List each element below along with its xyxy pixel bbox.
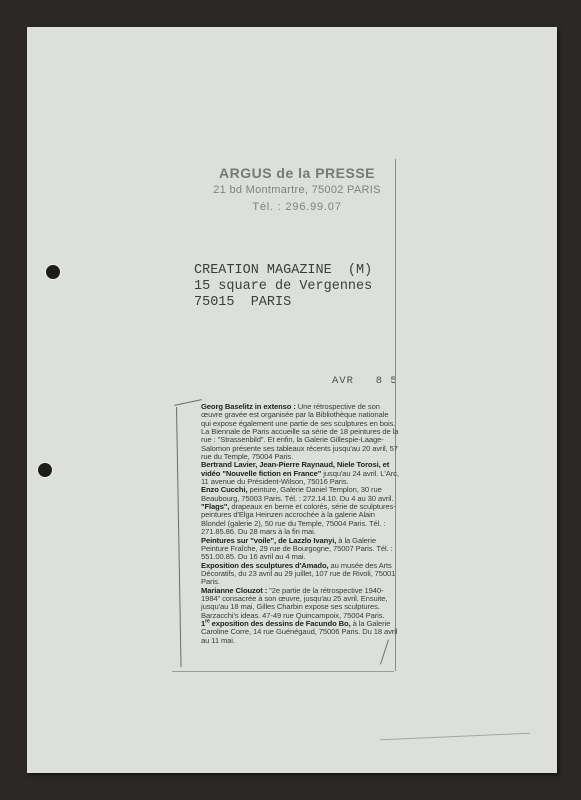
press-agency-stamp: ARGUS de la PRESSE 21 bd Montmartre, 750… xyxy=(197,165,397,213)
stamp-phone: Tél. : 296.99.07 xyxy=(197,201,397,213)
entry-title-superscript: re xyxy=(205,618,210,624)
clipping-corner-mark xyxy=(174,399,202,406)
article-entry: Bertrand Lavier, Jean-Pierre Raynaud, Ni… xyxy=(201,461,399,486)
article-entry: Marianne Clouzot : "2e partie de la rétr… xyxy=(201,587,399,620)
article-entry: 1re exposition des dessins de Facundo Bo… xyxy=(201,620,399,645)
punch-hole-top xyxy=(46,265,60,279)
article-entry: Exposition des sculptures d'Amado, au mu… xyxy=(201,562,399,587)
archive-sheet: ARGUS de la PRESSE 21 bd Montmartre, 750… xyxy=(27,27,557,773)
publication-city: 75015 PARIS xyxy=(194,295,372,311)
article-entry: "Flags", drapeaux en berne et colorés, s… xyxy=(201,503,399,536)
stamp-agency-name: ARGUS de la PRESSE xyxy=(197,165,397,181)
article-entry: Peintures sur "voile", de Lazzlo Ivanyi,… xyxy=(201,537,399,562)
punch-hole-bottom xyxy=(38,463,52,477)
article-entry: Georg Baselitz in extenso : Une rétrospe… xyxy=(201,403,399,461)
entry-body: drapeaux en berne et colorés, série de s… xyxy=(201,502,396,536)
faint-pencil-line xyxy=(380,733,530,741)
publication-street: 15 square de Vergennes xyxy=(194,279,372,295)
clipping-edge-left xyxy=(176,407,182,667)
stamp-address: 21 bd Montmartre, 75002 PARIS xyxy=(197,184,397,196)
entry-body: Une rétrospective de son œuvre gravée es… xyxy=(201,402,398,461)
date-stamp: AVR 8 5 xyxy=(332,375,398,387)
newspaper-clipping: Georg Baselitz in extenso : Une rétrospe… xyxy=(201,403,399,645)
clipping-edge-bottom xyxy=(172,671,394,672)
publication-block: CREATION MAGAZINE (M)15 square de Vergen… xyxy=(194,263,372,311)
article-entry: Enzo Cucchi, peinture, Galerie Daniel Te… xyxy=(201,486,399,503)
publication-name: CREATION MAGAZINE (M) xyxy=(194,263,372,279)
